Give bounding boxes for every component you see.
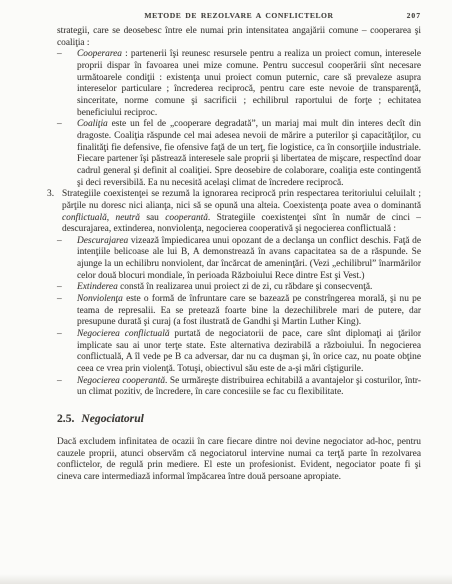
list-item-text: Descurajarea vizează împiedicarea unui o… bbox=[77, 236, 421, 283]
list-item-negocierea-cooperanta: – Negocierea cooperantă. Se urmăreşte di… bbox=[57, 376, 421, 399]
list-item-text: Negocierea cooperantă. Se urmăreşte dist… bbox=[77, 376, 421, 399]
bullet-dash: – bbox=[57, 376, 77, 388]
list-item-cooperarea: – Cooperarea : partenerii îşi reunesc re… bbox=[57, 49, 421, 119]
running-head: METODE DE REZOLVARE A CONFLICTELOR 207 bbox=[57, 11, 421, 23]
list-item-negocierea-conflictuala: – Negocierea conflictuală purtată de neg… bbox=[57, 329, 421, 376]
bullet-dash: – bbox=[57, 119, 77, 131]
running-head-title: METODE DE REZOLVARE A CONFLICTELOR bbox=[57, 11, 421, 20]
list-item-extinderea: – Extinderea constă în realizarea unui p… bbox=[57, 282, 421, 294]
intro-paragraph: strategii, care se deosebesc între ele n… bbox=[57, 26, 421, 49]
list-item-descurajarea: – Descurajarea vizează împiedicarea unui… bbox=[57, 236, 421, 283]
list-item-text: Extinderea constă în realizarea unui pro… bbox=[77, 282, 421, 294]
page-number: 207 bbox=[407, 11, 421, 20]
list-item-nonviolenta: – Nonviolenţa este o formă de înfruntare… bbox=[57, 294, 421, 329]
list-item-text: Coaliţia este un fel de „cooperare degra… bbox=[77, 119, 421, 189]
book-page: METODE DE REZOLVARE A CONFLICTELOR 207 s… bbox=[0, 0, 452, 584]
section-number: 2.5. bbox=[57, 412, 74, 425]
list-item-text: Cooperarea : partenerii îşi reunesc resu… bbox=[77, 49, 421, 119]
numbered-item-3: 3. Strategiile coexistenţei se rezumă la… bbox=[47, 189, 421, 236]
bullet-dash: – bbox=[57, 236, 77, 248]
bullet-dash: – bbox=[57, 49, 77, 61]
list-item-text: Nonviolenţa este o formă de înfruntare c… bbox=[77, 294, 421, 329]
list-item-coalitia: – Coaliţia este un fel de „cooperare deg… bbox=[57, 119, 421, 189]
list-item-text: Negocierea conflictuală purtată de negoc… bbox=[77, 329, 421, 376]
item-number: 3. bbox=[47, 189, 62, 201]
list-item-text: Strategiile coexistenţei se rezumă la ig… bbox=[62, 189, 421, 236]
closing-paragraph: Dacă excludem infinitatea de ocazii în c… bbox=[57, 437, 421, 484]
bullet-dash: – bbox=[57, 294, 77, 306]
section-heading: 2.5.Negociatorul bbox=[57, 412, 421, 426]
bullet-dash: – bbox=[57, 282, 77, 294]
section-title: Negociatorul bbox=[81, 412, 143, 425]
page-bottom-shadow bbox=[0, 574, 452, 584]
page-body: strategii, care se deosebesc între ele n… bbox=[57, 26, 421, 484]
bullet-dash: – bbox=[57, 329, 77, 341]
